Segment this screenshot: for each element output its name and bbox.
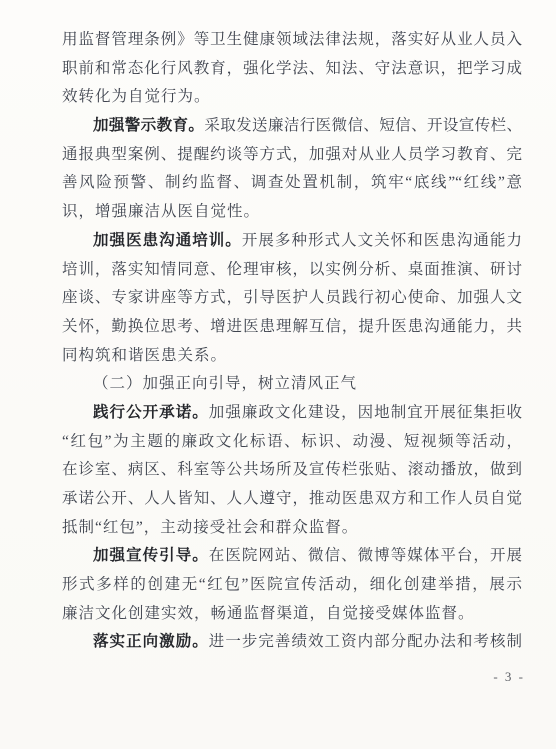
document-line: 职前和常态化行风教育，强化学法、知法、守法意识，把学习成 — [62, 55, 522, 84]
document-line: 加强宣传引导。在医院网站、微信、微博等媒体平台，开展 — [62, 542, 522, 571]
document-line: 善风险预警、制约监督、调查处置机制，筑牢“底线”“红线”意 — [62, 169, 522, 198]
line-text: 在医院网站、微信、微博等媒体平台，开展 — [209, 547, 522, 564]
document-line: 形式多样的创建无“红包”医院宣传活动，细化创建举措，展示 — [62, 571, 522, 600]
document-line: 承诺公开、人人皆知、人人遵守，推动医患双方和工作人员自觉 — [62, 485, 522, 514]
line-text: 在诊室、病区、科室等公共场所及宣传栏张贴、滚动播放，做到 — [62, 461, 522, 478]
line-text: 座谈、专家讲座等方式，引导医护人员践行初心使命、加强人文 — [62, 289, 522, 306]
line-text: 效转化为自觉行为。 — [62, 88, 211, 105]
document-line: 用监督管理条例》等卫生健康领域法律法规，落实好从业人员入 — [62, 26, 522, 55]
page-number: - 3 - — [493, 669, 525, 685]
line-text: 同构筑和谐医患关系。 — [62, 347, 227, 364]
line-text: 善风险预警、制约监督、调查处置机制，筑牢“底线”“红线”意 — [62, 174, 522, 191]
document-line: 落实正向激励。进一步完善绩效工资内部分配办法和考核制 — [62, 628, 522, 657]
line-text: 识，增强廉洁从医自觉性。 — [62, 203, 260, 220]
document-line: 在诊室、病区、科室等公共场所及宣传栏张贴、滚动播放，做到 — [62, 456, 522, 485]
line-text: “红包”为主题的廉政文化标语、标识、动漫、短视频等活动， — [62, 433, 522, 450]
document-line: 座谈、专家讲座等方式，引导医护人员践行初心使命、加强人文 — [62, 284, 522, 313]
document-line: 效转化为自觉行为。 — [62, 83, 522, 112]
document-line: 抵制“红包”，主动接受社会和群众监督。 — [62, 514, 522, 543]
line-text: 采取发送廉洁行医微信、短信、开设宣传栏、 — [204, 117, 522, 134]
line-text: 开展多种形式人文关怀和医患沟通能力 — [242, 232, 522, 249]
document-line: “红包”为主题的廉政文化标语、标识、动漫、短视频等活动， — [62, 428, 522, 457]
line-bold-text: 加强警示教育。 — [93, 117, 204, 134]
line-text: 用监督管理条例》等卫生健康领域法律法规，落实好从业人员入 — [62, 31, 522, 48]
document-line: 加强警示教育。采取发送廉洁行医微信、短信、开设宣传栏、 — [62, 112, 522, 141]
document-line: 同构筑和谐医患关系。 — [62, 342, 522, 371]
line-text: 培训，落实知情同意、伦理审核，以实例分析、桌面推演、研讨 — [62, 261, 522, 278]
document-line: （二）加强正向引导，树立清风正气 — [62, 370, 522, 399]
document-line: 识，增强廉洁从医自觉性。 — [62, 198, 522, 227]
document-line: 关怀，勤换位思考、增进医患理解互信，提升医患沟通能力，共 — [62, 313, 522, 342]
line-text: 职前和常态化行风教育，强化学法、知法、守法意识，把学习成 — [62, 60, 522, 77]
document-line: 践行公开承诺。加强廉政文化建设，因地制宜开展征集拒收 — [62, 399, 522, 428]
line-text: 加强廉政文化建设，因地制宜开展征集拒收 — [209, 404, 522, 421]
document-line: 通报典型案例、提醒约谈等方式，加强对从业人员学习教育、完 — [62, 141, 522, 170]
document-line: 加强医患沟通培训。开展多种形式人文关怀和医患沟通能力 — [62, 227, 522, 256]
document-line: 培训，落实知情同意、伦理审核，以实例分析、桌面推演、研讨 — [62, 256, 522, 285]
line-bold-text: 加强宣传引导。 — [93, 547, 209, 564]
line-text: 廉洁文化创建实效，畅通监督渠道，自觉接受媒体监督。 — [62, 605, 475, 622]
line-bold-text: 加强医患沟通培训。 — [93, 232, 242, 249]
line-text: 抵制“红包”，主动接受社会和群众监督。 — [62, 519, 358, 536]
line-bold-text: 践行公开承诺。 — [93, 404, 209, 421]
document-body: 用监督管理条例》等卫生健康领域法律法规，落实好从业人员入职前和常态化行风教育，强… — [62, 26, 522, 657]
line-text: 通报典型案例、提醒约谈等方式，加强对从业人员学习教育、完 — [62, 146, 522, 163]
document-line: 廉洁文化创建实效，畅通监督渠道，自觉接受媒体监督。 — [62, 600, 522, 629]
line-text: 形式多样的创建无“红包”医院宣传活动，细化创建举措，展示 — [62, 576, 522, 593]
scanned-page: 用监督管理条例》等卫生健康领域法律法规，落实好从业人员入职前和常态化行风教育，强… — [0, 0, 556, 749]
line-text: 关怀，勤换位思考、增进医患理解互信，提升医患沟通能力，共 — [62, 318, 522, 335]
line-text: 进一步完善绩效工资内部分配办法和考核制 — [209, 633, 522, 650]
line-text: （二）加强正向引导，树立清风正气 — [93, 375, 357, 392]
line-text: 承诺公开、人人皆知、人人遵守，推动医患双方和工作人员自觉 — [62, 490, 522, 507]
line-bold-text: 落实正向激励。 — [93, 633, 209, 650]
